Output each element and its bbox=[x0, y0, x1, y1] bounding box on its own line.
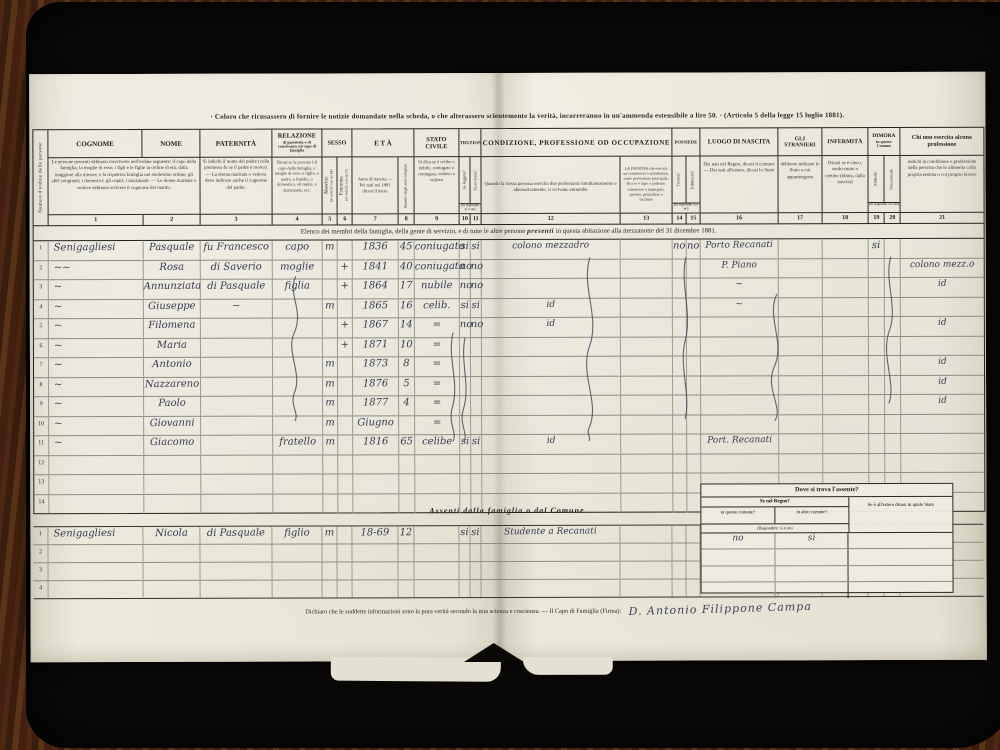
cell bbox=[885, 434, 901, 453]
chinon-title: Chi non esercita alcuna professione bbox=[900, 128, 983, 156]
cell: id bbox=[901, 277, 984, 296]
table-row: 7~Antoniom18738=id bbox=[34, 356, 984, 378]
cell bbox=[459, 580, 470, 597]
box-estero-label: Se è all'estero dicasi in quale Stato bbox=[849, 497, 952, 532]
condizione-title: CONDIZIONE, PROFESSIONE OD OCCUPAZIONE bbox=[481, 129, 671, 157]
cell: no bbox=[460, 318, 471, 337]
cell: no bbox=[471, 318, 482, 337]
sa-scrivere-label: Sa scrivere? bbox=[473, 170, 477, 190]
colnum-13: 13 bbox=[620, 214, 672, 224]
stato-instructions: Si dica se è celibe o nubile, coniugato … bbox=[414, 157, 458, 213]
cell bbox=[673, 259, 687, 278]
cell: 1841 bbox=[353, 260, 399, 279]
cell: + bbox=[338, 318, 353, 337]
colnum-2: 2 bbox=[143, 215, 200, 225]
cell bbox=[673, 415, 687, 434]
box-row bbox=[702, 582, 953, 598]
cell: 9 bbox=[34, 397, 49, 416]
cell bbox=[620, 561, 672, 579]
cell bbox=[471, 338, 482, 357]
cell bbox=[322, 580, 337, 597]
colnum-9: 9 bbox=[415, 214, 459, 224]
cell bbox=[901, 336, 984, 355]
colnum-14: 14 bbox=[673, 214, 687, 224]
cell bbox=[779, 375, 823, 394]
sesso-title: SESSO bbox=[322, 129, 351, 157]
colnum-7: 7 bbox=[353, 214, 398, 224]
cell bbox=[352, 544, 398, 562]
cell bbox=[885, 297, 901, 316]
cell: id bbox=[482, 298, 621, 318]
cell: Giovanni bbox=[144, 416, 201, 435]
cell: m bbox=[323, 396, 338, 415]
condizione-instructions: Quando la stessa persona esercita due pr… bbox=[481, 173, 619, 196]
cell bbox=[338, 377, 353, 396]
colnum-20: 20 bbox=[884, 213, 900, 223]
cell bbox=[49, 455, 144, 475]
cell bbox=[337, 526, 352, 543]
cell bbox=[673, 278, 687, 297]
cell bbox=[779, 258, 823, 277]
cell: m bbox=[323, 357, 338, 376]
cell bbox=[323, 455, 338, 474]
cell: id bbox=[482, 317, 621, 337]
cell bbox=[687, 454, 701, 473]
cell bbox=[398, 580, 414, 597]
paternita-instructions: Si indichi il nome del padre (colla prem… bbox=[200, 158, 271, 214]
cell bbox=[687, 298, 701, 317]
cell: Port. Recanati bbox=[701, 434, 779, 453]
cell bbox=[471, 455, 482, 474]
cell: nubile bbox=[415, 279, 460, 298]
cell: + bbox=[338, 338, 353, 357]
cell bbox=[885, 258, 901, 277]
cell bbox=[885, 356, 901, 375]
cell: Annunziata bbox=[144, 280, 201, 299]
cell bbox=[143, 581, 200, 599]
header-relazione: RELAZIONE di parentela o di convivenza c… bbox=[272, 129, 322, 224]
cell bbox=[687, 337, 701, 356]
cell bbox=[869, 258, 885, 277]
cell: Porto Recanati bbox=[701, 239, 779, 258]
cell: m bbox=[323, 299, 338, 318]
cell: 1836 bbox=[353, 240, 399, 259]
fabbricati-label: Fabbricati? bbox=[691, 170, 695, 189]
cell: 12 bbox=[398, 526, 414, 543]
cell bbox=[779, 395, 823, 414]
cell bbox=[621, 395, 673, 414]
cell: ~ bbox=[49, 299, 144, 319]
eta-title: E T À bbox=[352, 129, 413, 157]
cell bbox=[686, 579, 700, 596]
cell: 1864 bbox=[353, 279, 399, 298]
cell bbox=[352, 580, 398, 598]
cell: = bbox=[415, 357, 460, 376]
cell bbox=[415, 474, 460, 493]
cell bbox=[673, 317, 687, 336]
cell: + bbox=[338, 279, 353, 298]
cell bbox=[779, 297, 823, 316]
stranieri-instructions: debbono indicare lo Stato a cui apparten… bbox=[778, 156, 821, 212]
cell bbox=[482, 259, 621, 279]
cell: 17 bbox=[399, 279, 415, 298]
cognome-nome-instructions: Le persone presenti debbono inscriversi … bbox=[48, 158, 199, 214]
cell bbox=[470, 544, 481, 561]
cell bbox=[779, 278, 823, 297]
box-value-altro-comune: sì bbox=[775, 533, 848, 549]
cell: 7 bbox=[34, 358, 49, 377]
cell bbox=[482, 278, 621, 298]
cell bbox=[672, 525, 686, 542]
cell bbox=[338, 474, 353, 493]
cell bbox=[338, 396, 353, 415]
cell: di Saverio bbox=[201, 260, 273, 279]
table-row: 8~Nazzarenom18765=id bbox=[34, 375, 984, 397]
cell: ~ bbox=[49, 319, 144, 339]
cell bbox=[621, 434, 673, 453]
cell: capo bbox=[273, 240, 323, 259]
cell bbox=[471, 377, 482, 396]
cell bbox=[885, 414, 901, 433]
colnum-4: 4 bbox=[273, 214, 322, 224]
eta-anno-instructions: Anno di nascita — Pei nati nel 1881 dice… bbox=[352, 174, 397, 196]
cell: 1871 bbox=[353, 338, 399, 357]
cell bbox=[621, 298, 673, 317]
cell bbox=[460, 377, 471, 396]
declaration-text: Dichiaro che le suddette informazioni so… bbox=[305, 608, 621, 616]
cell bbox=[399, 455, 415, 474]
cell bbox=[481, 579, 620, 598]
cell bbox=[201, 435, 273, 454]
cell bbox=[201, 396, 273, 415]
cell bbox=[201, 455, 273, 474]
cell bbox=[823, 258, 869, 277]
cell: si bbox=[471, 240, 482, 259]
cell: = bbox=[415, 415, 460, 434]
cell: ~ bbox=[49, 397, 144, 417]
cell bbox=[672, 561, 686, 578]
cell: 8 bbox=[34, 378, 49, 397]
cell: si bbox=[460, 240, 471, 259]
cell bbox=[885, 395, 901, 414]
cell: ~ bbox=[49, 377, 144, 397]
table-row: 5~Filomena+186714=nonoidid bbox=[34, 317, 984, 339]
cell: si bbox=[869, 239, 885, 258]
cell: ~ bbox=[49, 358, 144, 378]
femmina-note: (Si indichi con un F) bbox=[346, 170, 350, 201]
cell bbox=[869, 414, 885, 433]
cell bbox=[701, 336, 779, 355]
paper-edge bbox=[523, 657, 613, 675]
cell: no bbox=[460, 260, 471, 279]
cell bbox=[823, 297, 869, 316]
cell bbox=[869, 297, 885, 316]
istruzione-title: ISTRUZIONE bbox=[459, 129, 480, 157]
cell bbox=[337, 580, 352, 597]
cell: si bbox=[471, 435, 482, 454]
cell: = bbox=[415, 376, 460, 395]
cell bbox=[869, 375, 885, 394]
cell bbox=[823, 434, 869, 453]
cell: 13 bbox=[34, 475, 49, 494]
cell bbox=[701, 356, 779, 375]
cell bbox=[621, 337, 673, 356]
cell bbox=[414, 562, 459, 580]
cell bbox=[687, 356, 701, 375]
cell: m bbox=[323, 435, 338, 454]
cell bbox=[823, 395, 869, 414]
cell: id bbox=[482, 434, 621, 454]
cell: Giacomo bbox=[144, 436, 201, 455]
table-row: 11~Giacomofratellom181665celibesisiidPor… bbox=[34, 434, 984, 456]
cell: 45 bbox=[399, 240, 415, 259]
cell: si bbox=[459, 526, 470, 543]
cell bbox=[687, 376, 701, 395]
cell bbox=[272, 562, 322, 580]
cell: 1865 bbox=[353, 299, 399, 318]
cell bbox=[201, 338, 273, 357]
cell: m bbox=[322, 526, 337, 543]
cell bbox=[337, 544, 352, 561]
cell: si bbox=[470, 526, 481, 543]
cell bbox=[338, 240, 353, 259]
cell bbox=[338, 357, 353, 376]
cell bbox=[621, 454, 673, 473]
cell bbox=[143, 563, 200, 581]
cell bbox=[482, 337, 621, 357]
cell bbox=[673, 376, 687, 395]
cell bbox=[201, 357, 273, 376]
cell: = bbox=[415, 318, 460, 337]
cell bbox=[460, 455, 471, 474]
cell bbox=[686, 543, 700, 560]
header-luogo-nascita: LUOGO DI NASCITA Dei nati nel Regno, dic… bbox=[700, 128, 778, 223]
colnum-3: 3 bbox=[201, 215, 272, 225]
cell: Senigagliesi bbox=[48, 527, 143, 545]
stato-title: STATO CIVILE bbox=[414, 129, 458, 157]
occasionale-label: Occasionale bbox=[890, 169, 894, 189]
cell bbox=[823, 336, 869, 355]
cell bbox=[621, 415, 673, 434]
cell bbox=[414, 544, 459, 562]
cell bbox=[673, 337, 687, 356]
cell bbox=[399, 474, 415, 493]
cell: + bbox=[338, 260, 353, 279]
cell: 65 bbox=[399, 435, 415, 454]
cell bbox=[471, 357, 482, 376]
cell bbox=[273, 416, 323, 435]
cell bbox=[673, 434, 687, 453]
la-persona-instructions: LA PERSONA che esercita un commercio o u… bbox=[620, 165, 671, 205]
relazione-subtitle: di parentela o di convivenza col capo di… bbox=[273, 140, 320, 153]
cell bbox=[460, 357, 471, 376]
colnum-15: 15 bbox=[686, 213, 700, 223]
cell bbox=[701, 395, 779, 414]
cell: di Pasquale bbox=[200, 526, 272, 544]
cell: 1877 bbox=[353, 396, 399, 415]
cell bbox=[323, 260, 338, 279]
cell bbox=[323, 318, 338, 337]
chinon-instructions: indichi la condizione o professione dell… bbox=[900, 156, 983, 212]
cell bbox=[482, 376, 621, 396]
cell: 4 bbox=[34, 300, 49, 319]
cell bbox=[621, 278, 673, 297]
cell bbox=[459, 562, 470, 579]
cell: celib. bbox=[415, 298, 460, 317]
cell bbox=[201, 318, 273, 337]
cell: = bbox=[415, 396, 460, 415]
anni-compiuti-label: Numero degli anni compiuti bbox=[404, 162, 408, 208]
cell bbox=[201, 474, 273, 493]
cell bbox=[201, 416, 273, 435]
cell bbox=[482, 473, 621, 493]
cell bbox=[398, 544, 414, 561]
colnum-1: 1 bbox=[49, 215, 143, 225]
cell bbox=[323, 474, 338, 493]
cell bbox=[414, 580, 459, 598]
possiede-note: (Si risponda: sì o no) bbox=[673, 202, 700, 212]
cell bbox=[687, 395, 701, 414]
cell bbox=[143, 545, 200, 563]
box-rows: no sì bbox=[701, 533, 952, 598]
colnum-10: 10 bbox=[460, 214, 470, 224]
cell: id bbox=[901, 394, 984, 413]
cell: Senigagliesi bbox=[49, 241, 144, 261]
cell: 5 bbox=[399, 377, 415, 396]
cognome-title: COGNOME bbox=[48, 130, 142, 157]
terreni-label: Terreni? bbox=[677, 173, 681, 187]
cell bbox=[673, 298, 687, 317]
cell: fratello bbox=[273, 435, 323, 454]
cell bbox=[144, 455, 201, 474]
cell: figlio bbox=[272, 526, 322, 544]
cell: id bbox=[901, 375, 984, 394]
header-condizione: CONDIZIONE, PROFESSIONE OD OCCUPAZIONE Q… bbox=[481, 129, 672, 224]
cell bbox=[273, 455, 323, 474]
cell: 14 bbox=[399, 318, 415, 337]
header-possiede: POSSIEDE Terreni? Fabbricati? (Si rispon… bbox=[672, 128, 700, 223]
cell bbox=[399, 416, 415, 435]
table-body: 1SenigagliesiPasqualefu Francescocapom18… bbox=[34, 239, 985, 513]
cell bbox=[673, 454, 687, 473]
cell: 1816 bbox=[353, 435, 399, 454]
cell bbox=[621, 356, 673, 375]
cell bbox=[338, 435, 353, 454]
cell bbox=[144, 475, 201, 494]
cell bbox=[885, 278, 901, 297]
colnum-18: 18 bbox=[823, 213, 868, 223]
colnum-5: 5 bbox=[323, 214, 338, 224]
cell bbox=[273, 357, 323, 376]
cell bbox=[460, 396, 471, 415]
cell: ~ bbox=[49, 338, 144, 358]
colnum-19: 19 bbox=[869, 213, 885, 223]
cell: Giuseppe bbox=[144, 299, 201, 318]
cell: ~ bbox=[201, 299, 273, 318]
cell bbox=[621, 376, 673, 395]
box-col-altro-comune: in altro comune? bbox=[775, 507, 848, 523]
cell bbox=[482, 415, 621, 435]
cell bbox=[621, 259, 673, 278]
cell bbox=[273, 474, 323, 493]
cell: Nazzareno bbox=[144, 377, 201, 396]
subtitle-presenti: presenti bbox=[527, 228, 554, 235]
cell bbox=[620, 579, 672, 597]
cell bbox=[200, 544, 272, 562]
cell bbox=[901, 297, 984, 316]
cell bbox=[885, 239, 901, 258]
cell: coniugata bbox=[415, 259, 460, 278]
cell: no bbox=[471, 279, 482, 298]
cell bbox=[885, 453, 901, 472]
cell bbox=[672, 579, 686, 596]
cell bbox=[823, 453, 869, 472]
istruzione-note: (Si risponda: sì o no) bbox=[460, 203, 481, 213]
cell bbox=[273, 338, 323, 357]
cell bbox=[460, 338, 471, 357]
cell: m bbox=[323, 416, 338, 435]
cell bbox=[272, 544, 322, 562]
cell bbox=[200, 580, 272, 598]
cell bbox=[823, 278, 869, 297]
header-stato-civile: STATO CIVILE Si dica se è celibe o nubil… bbox=[414, 129, 459, 224]
cell: si bbox=[460, 435, 471, 454]
cell: Nicola bbox=[143, 527, 200, 545]
cell bbox=[687, 317, 701, 336]
colnum-21: 21 bbox=[901, 213, 984, 223]
cell bbox=[482, 395, 621, 415]
cell: 10 bbox=[34, 417, 49, 436]
cell bbox=[49, 475, 144, 495]
cell: colono mezz.o bbox=[901, 258, 984, 277]
header-eta: E T À Anno di nascita — Pei nati nel 188… bbox=[352, 129, 414, 224]
box-note: (Rispondere: sì o no) bbox=[701, 523, 848, 532]
cell: 12 bbox=[34, 456, 49, 475]
cell bbox=[823, 375, 869, 394]
cell: ~ bbox=[701, 278, 779, 297]
paper-notch bbox=[464, 643, 524, 662]
relazione-instructions: Dicasi se la persona è il capo della fam… bbox=[272, 157, 321, 213]
colnum-8: 8 bbox=[398, 214, 414, 224]
cell: 5 bbox=[34, 319, 49, 338]
cell: 3 bbox=[34, 563, 49, 580]
box-value-questo-comune: no bbox=[701, 533, 775, 549]
colnum-17: 17 bbox=[779, 213, 822, 223]
cell bbox=[901, 238, 984, 257]
cell: Filomena bbox=[144, 319, 201, 338]
cell bbox=[414, 526, 459, 544]
cell bbox=[415, 454, 460, 473]
cell: no bbox=[471, 260, 482, 279]
table-row: 6~Maria+187110= bbox=[34, 336, 984, 358]
cell bbox=[673, 473, 687, 492]
cell bbox=[869, 453, 885, 472]
cell bbox=[779, 356, 823, 375]
header-paternita: PATERNITÀ Si indichi il nome del padre (… bbox=[200, 130, 272, 225]
box-title: Dove si trova l'assente? bbox=[701, 484, 952, 498]
cell bbox=[273, 318, 323, 337]
absent-location-box: Dove si trova l'assente? Se nel Regno? i… bbox=[700, 483, 953, 594]
possiede-title: POSSIEDE bbox=[672, 128, 699, 156]
cell: colono mezzadro bbox=[482, 239, 621, 259]
cell: 18-69 bbox=[352, 526, 398, 544]
table-header: Numero d'ordine delle persone COGNOME NO… bbox=[33, 128, 983, 226]
cell: Maria bbox=[144, 338, 201, 357]
cell: 4 bbox=[34, 581, 49, 598]
subtitle-pre: Elenco dei membri della famiglia, della … bbox=[301, 228, 527, 236]
cell bbox=[621, 239, 673, 258]
cell bbox=[323, 338, 338, 357]
